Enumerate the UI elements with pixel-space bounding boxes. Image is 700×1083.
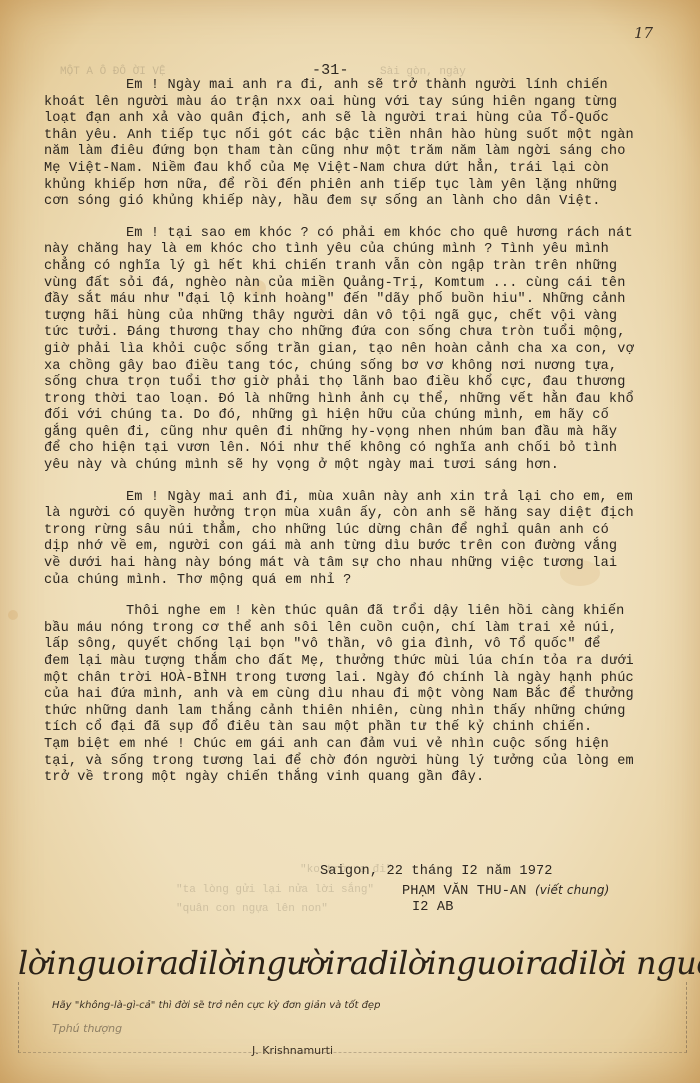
stain bbox=[8, 610, 18, 620]
text-line: là người có quyền hưởng trọn mùa xuân ấy… bbox=[44, 506, 684, 523]
text-line: bầu máu nóng trong cơ thể anh sôi lên cu… bbox=[44, 621, 684, 638]
text-line: tượng hãi hùng của những thây người dân … bbox=[44, 309, 684, 326]
place-date: Saigon, 22 tháng I2 năm 1972 bbox=[320, 863, 609, 881]
text-line: về dưới hai hàng này bóng mát và tâm sự … bbox=[44, 556, 684, 573]
text-line: xa chồng gây bao điều tang tóc, chúng số… bbox=[44, 359, 684, 376]
text-line: thức những danh lam thắng cảnh thiên nhi… bbox=[44, 704, 684, 721]
letter-body: Em ! Ngày mai anh ra đi, anh sẽ trở thàn… bbox=[44, 78, 684, 802]
text-line: trở về trong một ngày chiến thắng vinh q… bbox=[44, 770, 684, 787]
text-line: chẳng có nghĩa lý gì hết khi chiến tranh… bbox=[44, 259, 684, 276]
text-line: Em ! Ngày mai anh ra đi, anh sẽ trở thàn… bbox=[44, 78, 684, 95]
text-line: dịp nhớ về em, người con gái mà anh từng… bbox=[44, 539, 684, 556]
paragraph-4: Thôi nghe em ! kèn thúc quân đã trổi dậy… bbox=[44, 604, 684, 787]
handwritten-page-number: 17 bbox=[634, 24, 653, 42]
text-line: yêu này và chúng mình sẽ hy vọng ở một n… bbox=[44, 458, 684, 475]
text-line: khủng khiếp hơn nữa, để rồi đến phiên an… bbox=[44, 178, 684, 195]
text-line: Mẹ Việt-Nam. Niềm đau khổ của Mẹ Việt-Na… bbox=[44, 161, 684, 178]
text-line: đầy sắt máu như "đại lộ kinh hoàng" đến … bbox=[44, 292, 684, 309]
text-line: gắng quên đi, cũng như quên đi những hy-… bbox=[44, 425, 684, 442]
text-line: Thôi nghe em ! kèn thúc quân đã trổi dậy… bbox=[44, 604, 684, 621]
text-line: loạt đạn anh xả vào quân địch, anh sẽ là… bbox=[44, 111, 684, 128]
text-line: thân yêu. Anh tiếp tục nối gót các bậc t… bbox=[44, 128, 684, 145]
text-line: tại, và sống trong tương lai để chờ đón … bbox=[44, 754, 684, 771]
quote-author: J. Krishnamurti bbox=[252, 1044, 333, 1057]
handwritten-banner: lờinguoiradilờingườiradilờinguoiradilời … bbox=[18, 944, 700, 982]
text-line: khoát lên người màu áo trận nxx oai hùng… bbox=[44, 95, 684, 112]
text-line: Em ! Ngày mai anh đi, mùa xuân này anh x… bbox=[44, 490, 684, 507]
author-line: PHẠM VĂN THU-AN (viết chung) bbox=[320, 881, 609, 899]
text-line: Em ! tại sao em khóc ? có phải em khóc c… bbox=[44, 226, 684, 243]
bleed-through-text: "quân con ngựa lên non" bbox=[176, 903, 328, 915]
text-line: cơn sóng gió khủng khiếp này, hầu đem sự… bbox=[44, 194, 684, 211]
text-line: sống chưa trọn tuổi thơ giờ phải thọ lãn… bbox=[44, 375, 684, 392]
quote-frame bbox=[18, 982, 687, 1053]
text-line: năm làm điêu đứng bọn tham tàn cũng như … bbox=[44, 144, 684, 161]
text-line: này chăng hay là em khóc cho tình yêu củ… bbox=[44, 242, 684, 259]
handwritten-quote: Hãy "không-là-gì-cả" thì đời sẽ trở nên … bbox=[52, 1000, 380, 1011]
bleed-through-text: MỘT A Ô ĐÔ ỜI VỆ bbox=[60, 66, 166, 78]
author-note: (viết chung) bbox=[535, 883, 610, 897]
text-line: tức tưởi. Đáng thương thay cho những đứa… bbox=[44, 325, 684, 342]
paragraph-2: Em ! tại sao em khóc ? có phải em khóc c… bbox=[44, 226, 684, 475]
text-line: tích cổ đại đã sụp đổ điêu tàn sau một p… bbox=[44, 720, 684, 737]
text-line: giờ phải lìa khỏi cuộc sống trần gian, t… bbox=[44, 342, 684, 359]
bleed-through-text: Sài gòn, ngày bbox=[380, 66, 466, 78]
text-line: một chân trời HOÀ-BÌNH trong tương lai. … bbox=[44, 671, 684, 688]
text-line: để cho hiện tại vươn lên. Nói như thế kh… bbox=[44, 441, 684, 458]
author-name: PHẠM VĂN THU-AN bbox=[402, 884, 527, 899]
text-line: đối với chúng ta. Do đó, những gì hiện h… bbox=[44, 408, 684, 425]
handwritten-note: Tphú thượng bbox=[52, 1022, 122, 1035]
text-line: lấp sông, quyết chống lại bọn "vô thần, … bbox=[44, 637, 684, 654]
page-sequence-number: -31- bbox=[312, 62, 349, 79]
text-line: của hai đứa mình, anh và em cùng dìu nha… bbox=[44, 687, 684, 704]
class-label: I2 AB bbox=[320, 899, 609, 917]
text-line: vùng đất sỏi đá, nghèo nàn của miền Quản… bbox=[44, 276, 684, 293]
paragraph-3: Em ! Ngày mai anh đi, mùa xuân này anh x… bbox=[44, 490, 684, 590]
text-line: đem lại màu tượng thắm cho đất Mẹ, thưởn… bbox=[44, 654, 684, 671]
text-line: trong thời tao loạn. Đó là những hình ản… bbox=[44, 392, 684, 409]
document-page: 17 MỘT A Ô ĐÔ ỜI VỆ Sài gòn, ngày "ko tr… bbox=[0, 0, 700, 1083]
letter-closing: Saigon, 22 tháng I2 năm 1972 PHẠM VĂN TH… bbox=[320, 863, 609, 917]
paragraph-1: Em ! Ngày mai anh ra đi, anh sẽ trở thàn… bbox=[44, 78, 684, 211]
text-line: của chúng mình. Thơ mộng quá em nhỉ ? bbox=[44, 573, 684, 590]
text-line: Tạm biệt em nhé ! Chúc em gái anh can đả… bbox=[44, 737, 684, 754]
text-line: trong rừng sâu núi thẳm, cho những lúc d… bbox=[44, 523, 684, 540]
